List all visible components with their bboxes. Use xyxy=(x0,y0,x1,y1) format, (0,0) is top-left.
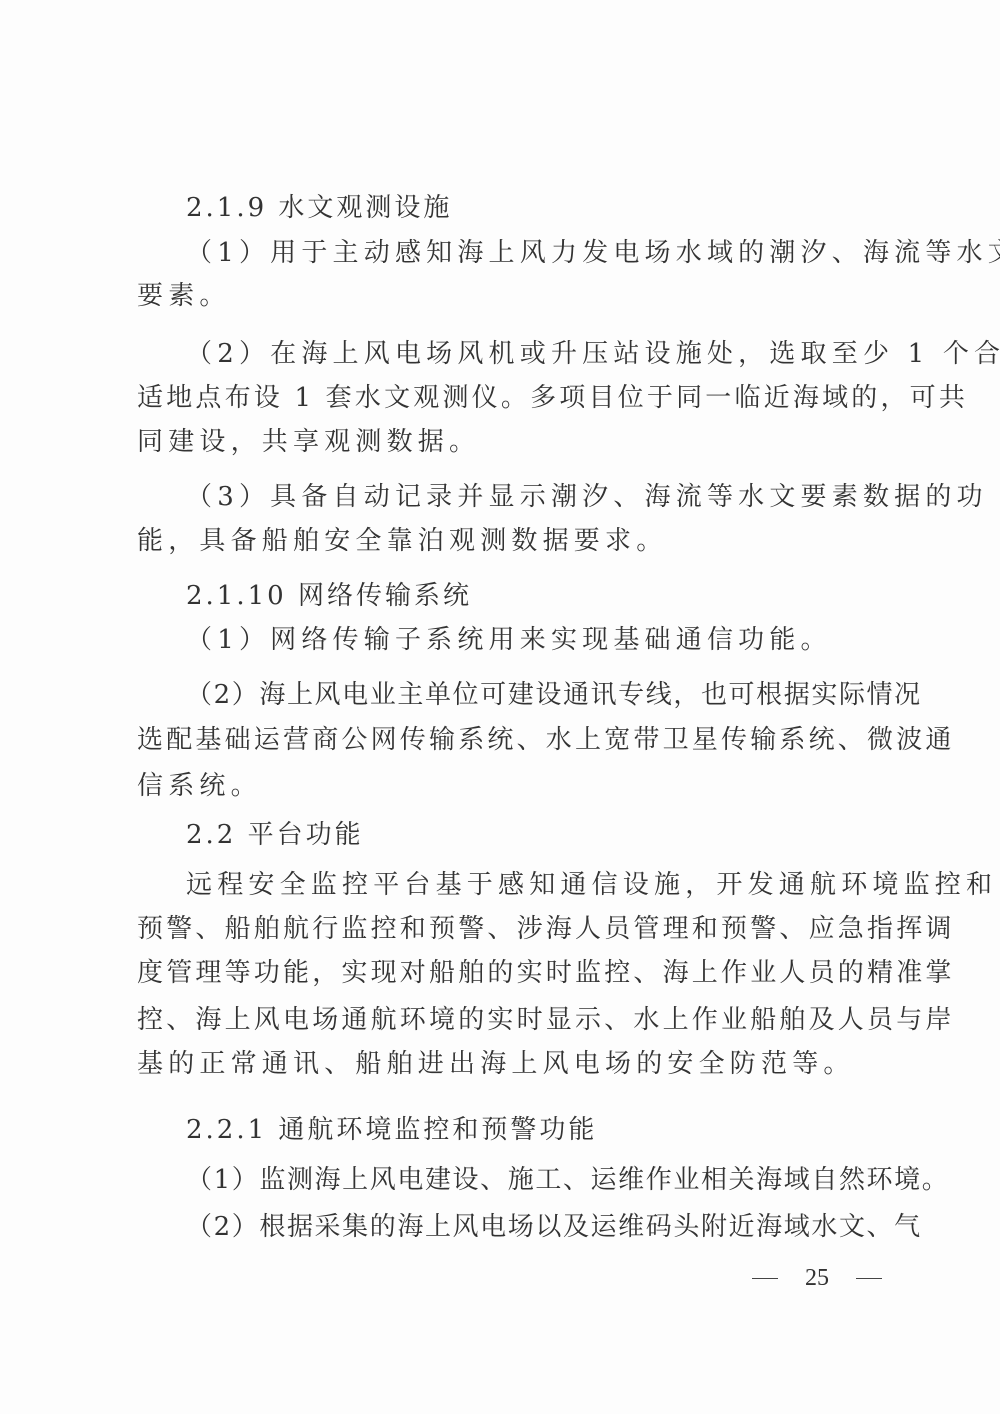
section-heading-2-1-10: 2.1.10 网络传输系统 xyxy=(186,576,876,616)
dash-left-icon xyxy=(752,1278,778,1279)
paragraph-line: （2）海上风电业主单位可建设通讯专线，也可根据实际情况 xyxy=(186,675,876,715)
paragraph-line: （1）监测海上风电建设、施工、运维作业相关海域自然环境。 xyxy=(186,1160,876,1200)
paragraph-line: 远程安全监控平台基于感知通信设施，开发通航环境监控和 xyxy=(186,865,876,905)
paragraph-line: 基的正常通讯、船舶进出海上风电场的安全防范等。 xyxy=(137,1044,877,1084)
paragraph-line: 度管理等功能，实现对船舶的实时监控、海上作业人员的精准掌 xyxy=(137,953,877,993)
paragraph-line: 要素。 xyxy=(137,276,877,316)
paragraph-line: 适地点布设 1 套水文观测仪。多项目位于同一临近海域的，可共 xyxy=(137,378,877,418)
paragraph-line: 选配基础运营商公网传输系统、水上宽带卫星传输系统、微波通 xyxy=(137,720,877,760)
paragraph-line: （1）网络传输子系统用来实现基础通信功能。 xyxy=(186,620,876,660)
paragraph-line: 能，具备船舶安全靠泊观测数据要求。 xyxy=(137,521,877,561)
dash-right-icon xyxy=(856,1278,882,1279)
section-heading-2-2-1: 2.2.1 通航环境监控和预警功能 xyxy=(186,1110,876,1150)
section-heading-2-2: 2.2 平台功能 xyxy=(186,815,876,855)
paragraph-line: （2）根据采集的海上风电场以及运维码头附近海域水文、气 xyxy=(186,1207,876,1247)
document-page: 2.1.9 水文观测设施 （1）用于主动感知海上风力发电场水域的潮汐、海流等水文… xyxy=(0,0,1000,1414)
paragraph-line: （2）在海上风电场风机或升压站设施处，选取至少 1 个合 xyxy=(186,334,876,374)
paragraph-line: （3）具备自动记录并显示潮汐、海流等水文要素数据的功 xyxy=(186,477,876,517)
paragraph-line: （1）用于主动感知海上风力发电场水域的潮汐、海流等水文 xyxy=(186,233,876,273)
paragraph-line: 预警、船舶航行监控和预警、涉海人员管理和预警、应急指挥调 xyxy=(137,909,877,949)
page-number-value: 25 xyxy=(805,1258,829,1298)
page-number: 25 xyxy=(752,1258,882,1298)
paragraph-line: 同建设，共享观测数据。 xyxy=(137,422,877,462)
paragraph-line: 控、海上风电场通航环境的实时显示、水上作业船舶及人员与岸 xyxy=(137,1000,877,1040)
paragraph-line: 信系统。 xyxy=(137,766,877,806)
section-heading-2-1-9: 2.1.9 水文观测设施 xyxy=(186,188,876,228)
